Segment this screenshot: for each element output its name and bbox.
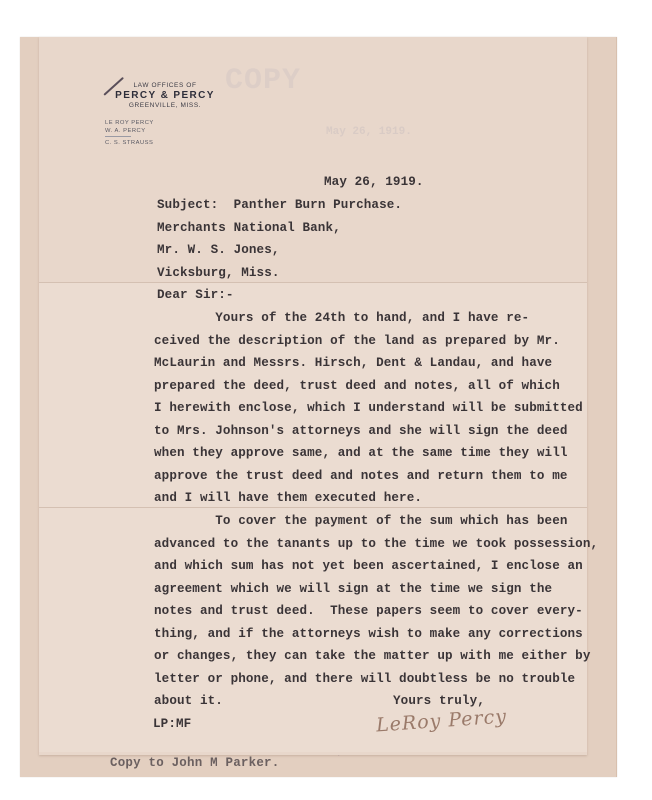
closing: Yours truly, (393, 694, 485, 708)
subject-line: Subject: Panther Burn Purchase. (157, 198, 402, 212)
letter-body: Yours of the 24th to hand, and I have re… (154, 311, 584, 731)
partner-name: W. A. PERCY (105, 127, 225, 135)
body-line: Yours of the 24th to hand, and I have re… (154, 311, 529, 325)
letterhead-location: GREENVILLE, MISS. (105, 102, 225, 109)
body-line: and I will have them executed here. (154, 491, 422, 505)
letter-page: COPY May 26, 1919. LAW OFFICES OF PERCY … (39, 37, 587, 755)
divider (105, 136, 131, 137)
subject-text: Panther Burn Purchase. (234, 198, 402, 212)
body-line: or changes, they can take the matter up … (154, 649, 590, 663)
body-line: approve the trust deed and notes and ret… (154, 469, 568, 483)
ghost-copy-stamp: COPY (225, 64, 301, 98)
body-line: I herewith enclose, which I understand w… (154, 401, 583, 415)
body-line: prepared the deed, trust deed and notes,… (154, 379, 560, 393)
body-line: and which sum has not yet been ascertain… (154, 559, 583, 573)
body-line: to Mrs. Johnson's attorneys and she will… (154, 424, 568, 438)
body-line: advanced to the tanants up to the time w… (154, 537, 598, 551)
body-line: about it. (154, 694, 223, 708)
recipient-line: Merchants National Bank, (157, 221, 341, 235)
letter-date: May 26, 1919. (324, 175, 424, 189)
body-line: ceived the description of the land as pr… (154, 334, 560, 348)
letterhead-firm-name: PERCY & PERCY (105, 90, 225, 101)
body-line: thing, and if the attorneys wish to make… (154, 627, 583, 641)
body-line: letter or phone, and there will doubtles… (154, 672, 575, 686)
body-line: when they approve same, and at the same … (154, 446, 568, 460)
copy-to-line: Copy to John M Parker. (110, 756, 279, 770)
body-line: agreement which we will sign at the time… (154, 582, 552, 596)
letterhead-prefix: LAW OFFICES OF (105, 82, 225, 89)
body-line: McLaurin and Messrs. Hirsch, Dent & Land… (154, 356, 552, 370)
body-line: notes and trust deed. These papers seem … (154, 604, 583, 618)
subject-label: Subject: (157, 198, 218, 212)
partner-name: LE ROY PERCY (105, 119, 225, 127)
salutation: Dear Sir:- (157, 288, 234, 302)
recipient-line: Vicksburg, Miss. (157, 266, 280, 280)
ghost-date: May 26, 1919. (326, 126, 412, 138)
letterhead-partners: LE ROY PERCY W. A. PERCY C. S. STRAUSS (105, 119, 225, 147)
associate-name: C. S. STRAUSS (105, 139, 225, 147)
recipient-line: Mr. W. S. Jones, (157, 243, 280, 257)
typist-initials: LP:MF (153, 717, 191, 731)
fold-line (39, 282, 587, 283)
letterhead: LAW OFFICES OF PERCY & PERCY GREENVILLE,… (105, 82, 225, 147)
body-line: To cover the payment of the sum which ha… (154, 514, 568, 528)
